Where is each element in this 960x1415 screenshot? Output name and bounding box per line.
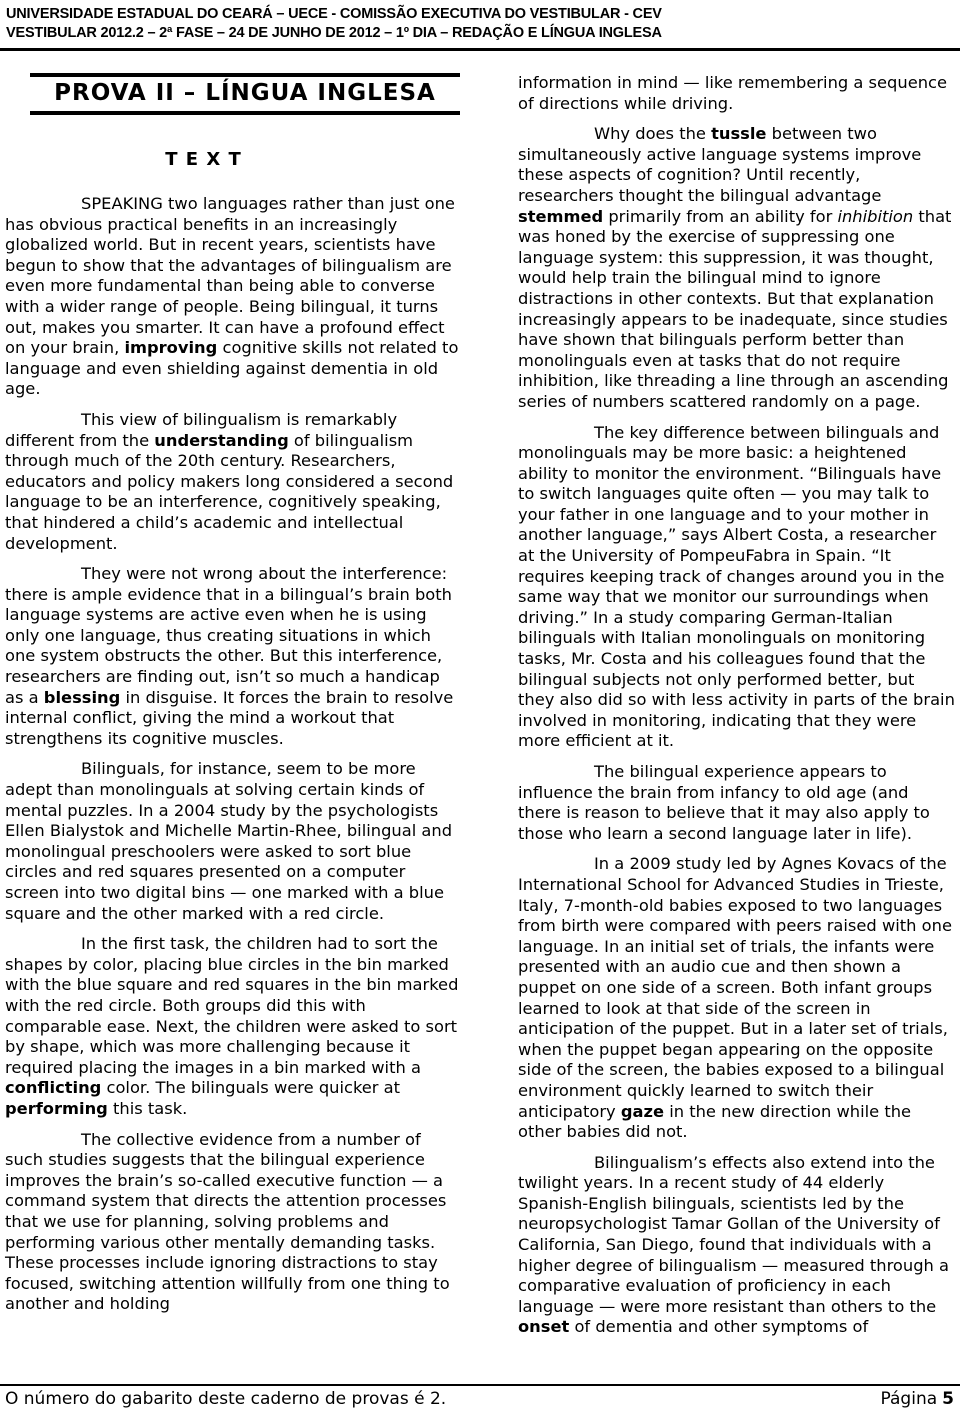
page-header: UNIVERSIDADE ESTADUAL DO CEARÁ – UECE - … [0, 0, 960, 43]
paragraph: The collective evidence from a number of… [5, 1130, 462, 1315]
paragraph: SPEAKING two languages rather than just … [5, 194, 462, 400]
header-line2: VESTIBULAR 2012.2 – 2ª FASE – 24 DE JUNH… [6, 24, 952, 43]
text-run: gaze [621, 1102, 664, 1121]
paragraph: Why does the tussle between two simultan… [518, 124, 955, 412]
text-run: of dementia and other symptoms of [569, 1317, 868, 1336]
page-number: Página5 [881, 1389, 954, 1409]
text-run: The bilingual experience appears to infl… [518, 762, 930, 843]
text-run: Why does the [594, 124, 711, 143]
text-run: color. The bilinguals were quicker at [101, 1078, 400, 1097]
text-run: Bilingualism’s effects also extend into … [518, 1153, 949, 1316]
exam-page: UNIVERSIDADE ESTADUAL DO CEARÁ – UECE - … [0, 0, 960, 1415]
paragraph: In a 2009 study led by Agnes Kovacs of t… [518, 854, 955, 1142]
content-columns: PROVA II – LÍNGUA INGLESA T E X T SPEAKI… [0, 73, 960, 1348]
text-section-heading: T E X T [5, 149, 402, 170]
paragraph: The key difference between bilinguals an… [518, 423, 955, 753]
paragraph: Bilinguals, for instance, seem to be mor… [5, 759, 462, 924]
text-run: The key difference between bilinguals an… [518, 423, 955, 751]
page-footer: O número do gabarito deste caderno de pr… [0, 1384, 960, 1415]
text-run: Bilinguals, for instance, seem to be mor… [5, 759, 452, 922]
text-run: understanding [154, 431, 288, 450]
text-run: onset [518, 1317, 569, 1336]
page-number-value: 5 [942, 1389, 954, 1409]
text-run: tussle [711, 124, 766, 143]
header-line1: UNIVERSIDADE ESTADUAL DO CEARÁ – UECE - … [6, 5, 952, 24]
text-run: this task. [108, 1099, 188, 1118]
footer-row: O número do gabarito deste caderno de pr… [0, 1386, 960, 1415]
text-run: They were not wrong about the interferen… [5, 564, 452, 707]
page-label: Página [881, 1389, 938, 1409]
text-run: stemmed [518, 207, 603, 226]
left-column: PROVA II – LÍNGUA INGLESA T E X T SPEAKI… [5, 73, 462, 1325]
right-column: information in mind — like remembering a… [518, 73, 955, 1348]
paragraph: Bilingualism’s effects also extend into … [518, 1153, 955, 1338]
header-divider [0, 48, 960, 51]
paragraph: They were not wrong about the interferen… [5, 564, 462, 749]
text-run: In a 2009 study led by Agnes Kovacs of t… [518, 854, 952, 1120]
text-run: performing [5, 1099, 108, 1118]
paragraph: This view of bilingualism is remarkably … [5, 410, 462, 554]
text-run: The collective evidence from a number of… [5, 1130, 450, 1314]
right-column-paragraphs: information in mind — like remembering a… [518, 73, 955, 1338]
text-run: information in mind — like remembering a… [518, 73, 947, 113]
text-run: In the first task, the children had to s… [5, 934, 458, 1077]
text-run: primarily from an ability for [603, 207, 837, 226]
gabarito-note: O número do gabarito deste caderno de pr… [5, 1389, 446, 1409]
text-run: that was honed by the exercise of suppre… [518, 207, 951, 411]
text-run: conflicting [5, 1078, 101, 1097]
left-column-paragraphs: SPEAKING two languages rather than just … [5, 194, 462, 1315]
paragraph: In the first task, the children had to s… [5, 934, 462, 1119]
paragraph: The bilingual experience appears to infl… [518, 762, 955, 844]
exam-title: PROVA II – LÍNGUA INGLESA [30, 80, 460, 106]
text-run: inhibition [837, 207, 913, 226]
text-run: improving [124, 338, 217, 357]
exam-title-box: PROVA II – LÍNGUA INGLESA [30, 73, 460, 115]
text-run: blessing [44, 688, 121, 707]
paragraph: information in mind — like remembering a… [518, 73, 955, 114]
text-run: SPEAKING two languages rather than just … [5, 194, 455, 357]
